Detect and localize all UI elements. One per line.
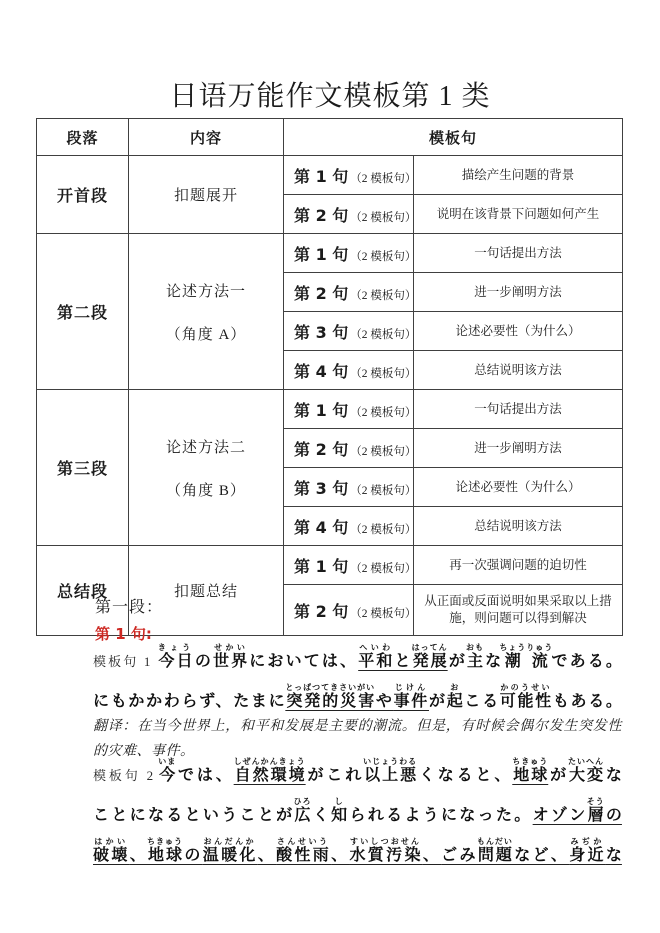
sentence-note: （2 模板句） <box>350 173 413 185</box>
sentence-segment: 地球ちきゅう <box>513 765 547 784</box>
sentence-segment: にもかかわらず、たまに <box>93 691 286 710</box>
sentence-cell: 第 3 句（2 模板句） <box>284 312 414 351</box>
sentence-note: （2 模板句） <box>350 563 413 575</box>
sentence-label: 第 1 句 <box>294 557 348 576</box>
sentence-desc: 说明在该背景下问题如何产生 <box>414 195 623 234</box>
sentence-cell: 第 2 句（2 模板句） <box>284 429 414 468</box>
sentence-segment: 今いま <box>159 765 175 784</box>
table-header-paragraph: 段落 <box>37 119 129 156</box>
section-cell: 第三段 <box>37 390 129 546</box>
sentence-desc: 一句话提出方法 <box>414 234 623 273</box>
sentence-cell: 第 1 句（2 模板句） <box>284 156 414 195</box>
sentence-note: （2 模板句） <box>350 485 413 497</box>
template-sentence-1: 模板句 1今日きょうの世界せかいにおいては、平和へいわと発展はってんが主おもな潮… <box>93 641 622 721</box>
sentence-segment: 層そう <box>588 805 604 824</box>
sentence-cell: 第 1 句（2 模板句） <box>284 546 414 585</box>
content-cell: 论述方法一（角度 A） <box>129 234 284 390</box>
sentence-segment: など、 <box>512 845 569 864</box>
sentence-segment: くなると、 <box>416 765 513 784</box>
sentence-segment: や <box>374 691 393 710</box>
content-line: 论述方法一 <box>129 280 283 301</box>
sentence-segment: の <box>182 845 203 864</box>
sentence-segment: の <box>604 805 622 824</box>
sentence-segment: 可能性かのうせい <box>500 691 553 710</box>
sentence-segment: 潮流ちょうりゅう <box>503 651 549 670</box>
sentence-desc: 论述必要性（为什么） <box>414 312 623 351</box>
sentence-cell: 第 2 句（2 模板句） <box>284 273 414 312</box>
sentence-desc: 总结说明该方法 <box>414 351 623 390</box>
sentence-segment: 主おも <box>467 651 483 670</box>
table-body: 开首段扣题展开第 1 句（2 模板句）描绘产生问题的背景第 2 句（2 模板句）… <box>37 156 623 636</box>
sentence-segment: 広ひろ <box>294 805 310 824</box>
sentence-segment: もある。 <box>553 691 622 710</box>
sentence-segment: 温暖化おんだんか <box>203 845 258 864</box>
section-cell: 总结段 <box>37 546 129 636</box>
sentence-cell: 第 3 句（2 模板句） <box>284 468 414 507</box>
sentence-label: 第 1 句 <box>294 245 348 264</box>
sentence-desc: 总结说明该方法 <box>414 507 623 546</box>
sentence-desc: 论述必要性（为什么） <box>414 468 623 507</box>
sentence-desc: 描绘产生问题的背景 <box>414 156 623 195</box>
table-header-template: 模板句 <box>284 119 623 156</box>
template-table: 段落 内容 模板句 开首段扣题展开第 1 句（2 模板句）描绘产生问题的背景第 … <box>36 118 623 636</box>
template-line: 模板句 2今いまでは、自然環境しぜんかんきょうがこれ以上いじょう悪わるくなると、… <box>93 755 622 795</box>
sentence-note: （2 模板句） <box>350 329 413 341</box>
template-label: 模板句 1 <box>93 654 150 669</box>
sentence-segment: ごみ <box>441 845 478 864</box>
sentence-segment: では、 <box>175 765 234 784</box>
sentence-label: 第 1 句 <box>294 401 348 420</box>
sentence-segment: 酸性雨さんせいう <box>276 845 331 864</box>
sentence-segment: 身近みぢか <box>569 845 606 864</box>
sentence-segment: な <box>603 765 622 784</box>
sentence-segment: 平和へいわ <box>358 651 394 670</box>
sentence-segment: られるようになった。 <box>349 805 532 824</box>
sentence-label: 第 2 句 <box>294 284 348 303</box>
sentence-note: （2 模板句） <box>350 407 413 419</box>
table-header-content: 内容 <box>129 119 284 156</box>
sentence-label: 第 2 句 <box>294 206 348 225</box>
sentence-cell: 第 2 句（2 模板句） <box>284 195 414 234</box>
sentence-segment: 事件じけん <box>394 691 429 710</box>
sentence-note: （2 模板句） <box>350 446 413 458</box>
content-cell: 论述方法二（角度 B） <box>129 390 284 546</box>
sentence-label: 第 3 句 <box>294 323 348 342</box>
sentence-desc: 一句话提出方法 <box>414 390 623 429</box>
sentence-desc: 从正面或反面说明如果采取以上措施，则问题可以得到解决 <box>414 585 623 636</box>
sentence-segment: 起お <box>447 691 465 710</box>
paragraph-heading: 第一段： <box>95 594 163 617</box>
template-line: ことになるということが広ひろく知しられるようになった。オゾン層そうの <box>93 795 622 835</box>
sentence-desc: 进一步阐明方法 <box>414 273 623 312</box>
sentence-label: 第 4 句 <box>294 362 348 381</box>
sentence-segment: 大変たいへん <box>569 765 603 784</box>
content-line: （角度 A） <box>129 323 283 344</box>
sentence-segment: 破壊はかい <box>93 845 130 864</box>
sentence-segment: 水質汚染すいしつおせん <box>349 845 422 864</box>
template-sentence-2: 模板句 2今いまでは、自然環境しぜんかんきょうがこれ以上いじょう悪わるくなると、… <box>93 755 622 875</box>
sentence-label: 第 2 句 <box>294 440 348 459</box>
template-table-wrap: 段落 内容 模板句 开首段扣题展开第 1 句（2 模板句）描绘产生问题的背景第 … <box>36 118 623 636</box>
section-cell: 第二段 <box>37 234 129 390</box>
sentence-segment: 悪わる <box>399 765 416 784</box>
sentence-segment: 自然環境しぜんかんきょう <box>235 765 305 784</box>
sentence-segment: 突発的災害とっぱつてきさいがい <box>286 691 374 710</box>
sentence-desc: 再一次强调问题的迫切性 <box>414 546 623 585</box>
sentence-cell: 第 4 句（2 模板句） <box>284 351 414 390</box>
sentence-segment: く <box>311 805 332 824</box>
sentence-segment: が <box>447 651 467 670</box>
table-row: 第二段论述方法一（角度 A）第 1 句（2 模板句）一句话提出方法 <box>37 234 623 273</box>
sentence-cell: 第 1 句（2 模板句） <box>284 390 414 429</box>
template-label: 模板句 2 <box>93 768 153 783</box>
sentence-segment: 地球ちきゅう <box>148 845 182 864</box>
sentence-segment: である。 <box>549 651 622 670</box>
sentence-segment: 以上いじょう <box>364 765 399 784</box>
sentence-note: （2 模板句） <box>350 608 413 620</box>
sentence-segment: 今日きょう <box>156 651 194 670</box>
table-row: 总结段扣题总结第 1 句（2 模板句）再一次强调问题的迫切性 <box>37 546 623 585</box>
sentence-note: （2 模板句） <box>350 290 413 302</box>
sentence-segment: が <box>429 691 447 710</box>
sentence-note: （2 模板句） <box>350 212 413 224</box>
content-line: （角度 B） <box>129 479 283 500</box>
sentence-segment: と <box>395 651 413 670</box>
sentence-segment: こる <box>464 691 499 710</box>
document-title: 日语万能作文模板第 1 类 <box>0 74 660 114</box>
sentence-segment: 知し <box>331 805 349 824</box>
section-cell: 开首段 <box>37 156 129 234</box>
sentence-note: （2 模板句） <box>350 251 413 263</box>
sentence-segment: な <box>606 845 622 864</box>
sentence-segment: が <box>547 765 569 784</box>
table-row: 开首段扣题展开第 1 句（2 模板句）描绘产生问题的背景 <box>37 156 623 195</box>
sentence-segment: においては、 <box>249 651 358 670</box>
sentence-segment: 発展はってん <box>413 651 447 670</box>
sentence-note: （2 模板句） <box>350 368 413 380</box>
sentence-cell: 第 1 句（2 模板句） <box>284 234 414 273</box>
sentence-cell: 第 4 句（2 模板句） <box>284 507 414 546</box>
sentence-desc: 进一步阐明方法 <box>414 429 623 468</box>
sentence-segment: がこれ <box>305 765 364 784</box>
sentence-segment: 、 <box>331 845 349 864</box>
content-line: 论述方法二 <box>129 436 283 457</box>
template-line: 模板句 1今日きょうの世界せかいにおいては、平和へいわと発展はってんが主おもな潮… <box>93 641 622 681</box>
sentence-label: 第 1 句 <box>294 167 348 186</box>
sentence-segment: オゾン <box>533 805 588 824</box>
sentence-label: 第 4 句 <box>294 518 348 537</box>
page: 日语万能作文模板第 1 类 段落 内容 模板句 开首段扣题展开第 1 句（2 模… <box>0 0 660 933</box>
sentence-segment: 世界せかい <box>213 651 249 670</box>
sentence-cell: 第 2 句（2 模板句） <box>284 585 414 636</box>
sentence-segment: 、 <box>423 845 441 864</box>
sentence-segment: ことになるということが <box>93 805 294 824</box>
sentence-label: 第 3 句 <box>294 479 348 498</box>
sentence-segment: 、 <box>258 845 276 864</box>
sentence-note: （2 模板句） <box>350 524 413 536</box>
sentence-segment: の <box>195 651 213 670</box>
template-line: 破壊はかい、地球ちきゅうの温暖化おんだんか、酸性雨さんせいう、水質汚染すいしつお… <box>93 835 622 875</box>
table-row: 第三段论述方法二（角度 B）第 1 句（2 模板句）一句话提出方法 <box>37 390 623 429</box>
sentence-segment: 、 <box>130 845 148 864</box>
sentence-label: 第 2 句 <box>294 602 348 621</box>
table-header-row: 段落 内容 模板句 <box>37 119 623 156</box>
content-cell: 扣题总结 <box>129 546 284 636</box>
content-line: 扣题展开 <box>129 184 283 205</box>
content-cell: 扣题展开 <box>129 156 284 234</box>
sentence-segment: 問題もんだい <box>478 845 512 864</box>
